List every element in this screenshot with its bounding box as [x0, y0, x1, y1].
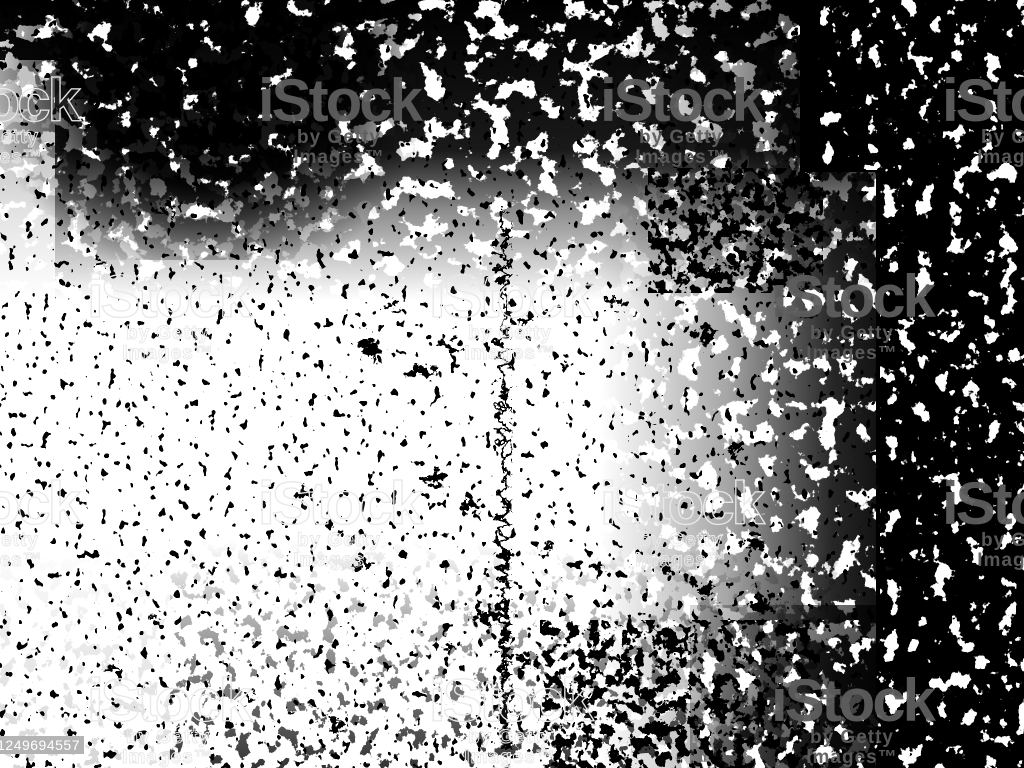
image-id-text: 1249694557	[0, 736, 80, 754]
image-id-bar: 1249694557	[0, 736, 84, 754]
grunge-texture-svg	[0, 0, 1024, 768]
stock-photo-preview: iStockby Getty Images™iStockby Getty Ima…	[0, 0, 1024, 768]
